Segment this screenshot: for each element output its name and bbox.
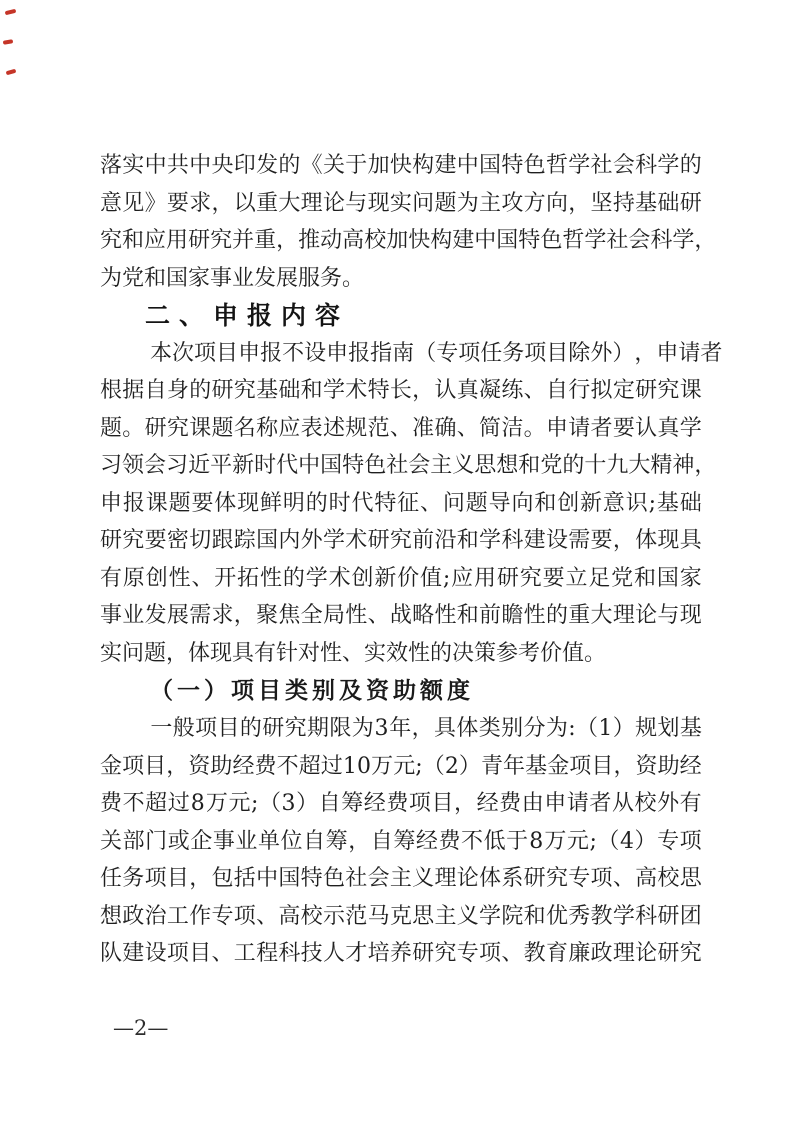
text-line: 题。研究课题名称应表述规范、准确、简洁。申请者要认真学 — [100, 410, 702, 448]
text-line: 落实中共中央印发的《关于加快构建中国特色哲学社会科学的 — [100, 147, 702, 185]
red-ink-mark — [3, 39, 14, 45]
red-ink-mark — [5, 9, 17, 16]
sub-section-heading: （一）项目类别及资助额度 — [100, 672, 702, 710]
text-line: 根据自身的研究基础和学术特长，认真凝练、自行拟定研究课 — [100, 372, 702, 410]
paragraph-indent — [100, 734, 150, 735]
text-line: 意见》要求，以重大理论与现实问题为主攻方向，坚持基础研 — [100, 185, 702, 223]
text-line: 习领会习近平新时代中国特色社会主义思想和党的十九大精神， — [100, 447, 702, 485]
text-line: 费不超过 8 万元;（3）自筹经费项目，经费由申请者从校外有 — [100, 785, 702, 823]
text-line: 有原创性、开拓性的学术创新价值;应用研究要立足党和国家 — [100, 560, 702, 598]
text-line: 队建设项目、工程科技人才培养研究专项、教育廉政理论研究 — [100, 935, 702, 973]
text-line: 一般项目的研究期限为 3 年，具体类别分为:（1）规划基 — [100, 710, 702, 748]
document-page: 落实中共中央印发的《关于加快构建中国特色哲学社会科学的意见》要求，以重大理论与现… — [0, 0, 793, 1122]
text-line: 实问题，体现具有针对性、实效性的决策参考价值。 — [100, 635, 702, 673]
text-line: 金项目，资助经费不超过 10 万元;（2）青年基金项目，资助经 — [100, 748, 702, 786]
text-line: 本次项目申报不设申报指南（专项任务项目除外），申请者 — [100, 335, 702, 373]
text-line: 事业发展需求，聚焦全局性、战略性和前瞻性的重大理论与现 — [100, 597, 702, 635]
text-line: 申报课题要体现鲜明的时代特征、问题导向和创新意识;基础 — [100, 485, 702, 523]
text-line: 研究要密切跟踪国内外学术研究前沿和学科建设需要，体现具 — [100, 522, 702, 560]
text-line: 为党和国家事业发展服务。 — [100, 260, 702, 298]
document-body: 落实中共中央印发的《关于加快构建中国特色哲学社会科学的意见》要求，以重大理论与现… — [100, 147, 702, 973]
text-line: 任务项目，包括中国特色社会主义理论体系研究专项、高校思 — [100, 860, 702, 898]
section-heading: 二、申报内容 — [100, 297, 702, 335]
page-number: —2— — [113, 1016, 168, 1040]
paragraph-indent — [100, 359, 150, 360]
text-line: 关部门或企事业单位自筹，自筹经费不低于 8 万元;（4）专项 — [100, 823, 702, 861]
text-line: 究和应用研究并重，推动高校加快构建中国特色哲学社会科学， — [100, 222, 702, 260]
red-ink-mark — [6, 69, 17, 76]
text-line: 想政治工作专项、高校示范马克思主义学院和优秀教学科研团 — [100, 898, 702, 936]
